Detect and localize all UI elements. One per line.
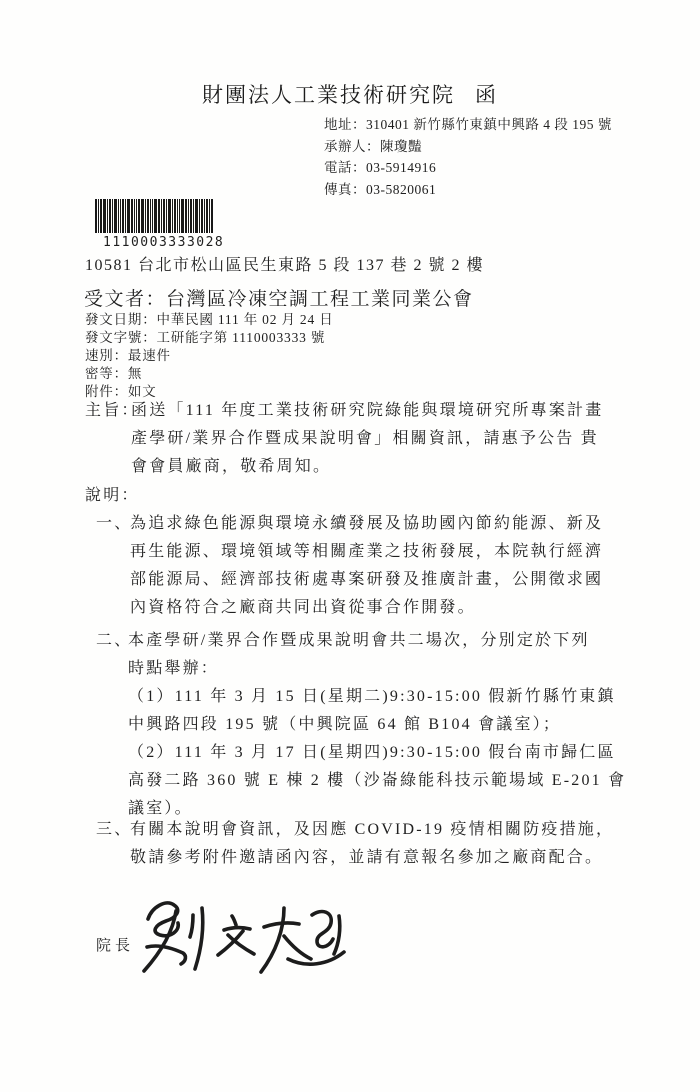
- recipient-address: 10581 台北市松山區民生東路 5 段 137 巷 2 號 2 樓: [85, 252, 484, 275]
- list-item: 為追求綠色能源與環境永續發展及協助國內節約能源、新及 再生能源、環境領域等相關產…: [130, 510, 603, 622]
- letterhead-title: 財團法人工業技術研究院函: [0, 79, 700, 109]
- meta-block: 發文日期：中華民國 111 年 02 月 24 日 發文字號：工研能字第 111…: [85, 311, 334, 401]
- contact-block: 地址：310401 新竹縣竹東鎮中興路 4 段 195 號 承辦人：陳瓊豔 電話…: [324, 114, 612, 200]
- meta-date-line: 發文日期：中華民國 111 年 02 月 24 日: [85, 311, 334, 329]
- list-item-line: 時點舉辦：: [128, 655, 626, 683]
- meta-priority-line: 速別：最速件: [85, 347, 334, 365]
- list-item-line: 有關本說明會資訊，及因應 COVID-19 疫情相關防疫措施，: [130, 816, 614, 844]
- meta-security-line: 密等：無: [85, 365, 334, 383]
- subject-line: 產學研/業界合作暨成果說明會」相關資訊，請惠予公告 貴: [131, 425, 603, 453]
- doc-type: 函: [475, 83, 498, 107]
- signature-handwriting: [136, 893, 351, 985]
- list-item-line: 再生能源、環境領域等相關產業之技術發展，本院執行經濟: [130, 538, 603, 566]
- list-item: 本產學研/業界合作暨成果說明會共二場次，分別定於下列 時點舉辦： （1）111 …: [128, 627, 626, 823]
- meta-refno-line: 發文字號：工研能字第 1110003333 號: [85, 329, 334, 347]
- list-item-line: 本產學研/業界合作暨成果說明會共二場次，分別定於下列: [128, 627, 626, 655]
- org-name: 財團法人工業技術研究院: [202, 83, 455, 107]
- contact-person-line: 承辦人：陳瓊豔: [324, 136, 612, 158]
- list-item-line: 內資格符合之廠商共同出資從事合作開發。: [130, 594, 603, 622]
- list-item-line: 為追求綠色能源與環境永續發展及協助國內節約能源、新及: [130, 510, 603, 538]
- list-item-marker: 二、: [96, 627, 132, 655]
- signature-title: 院長: [96, 934, 134, 955]
- list-item-line: 高發二路 360 號 E 棟 2 樓（沙崙綠能科技示範場域 E-201 會: [128, 767, 626, 795]
- subject-block: 函送「111 年度工業技術研究院綠能與環境研究所專案計畫 產學研/業界合作暨成果…: [131, 397, 603, 481]
- description-label: 說明：: [85, 482, 140, 510]
- list-item-line: （1）111 年 3 月 15 日(星期二)9:30-15:00 假新竹縣竹東鎮: [128, 683, 626, 711]
- contact-fax-line: 傳真：03-5820061: [324, 179, 612, 201]
- list-item-marker: 一、: [96, 510, 132, 538]
- list-item-line: 中興路四段 195 號（中興院區 64 館 B104 會議室）；: [128, 711, 626, 739]
- subject-line: 函送「111 年度工業技術研究院綠能與環境研究所專案計畫: [131, 397, 603, 425]
- contact-address-line: 地址：310401 新竹縣竹東鎮中興路 4 段 195 號: [324, 114, 612, 136]
- subject-line: 會會員廠商，敬希周知。: [131, 453, 603, 481]
- barcode-number: 1110003333028: [103, 235, 224, 250]
- list-item-line: 敬請參考附件邀請函內容，並請有意報名參加之廠商配合。: [130, 844, 614, 872]
- list-item-line: （2）111 年 3 月 17 日(星期四)9:30-15:00 假台南市歸仁區: [128, 739, 626, 767]
- recipient-line: 受文者：台灣區冷凍空調工程工業同業公會: [84, 284, 474, 311]
- list-item-line: 部能源局、經濟部技術處專案研發及推廣計畫，公開徵求國: [130, 566, 603, 594]
- document-page: 財團法人工業技術研究院函 地址：310401 新竹縣竹東鎮中興路 4 段 195…: [0, 0, 700, 1092]
- list-item: 有關本說明會資訊，及因應 COVID-19 疫情相關防疫措施， 敬請參考附件邀請…: [130, 816, 614, 872]
- contact-phone-line: 電話：03-5914916: [324, 157, 612, 179]
- barcode: [95, 199, 213, 238]
- list-item-marker: 三、: [96, 816, 132, 844]
